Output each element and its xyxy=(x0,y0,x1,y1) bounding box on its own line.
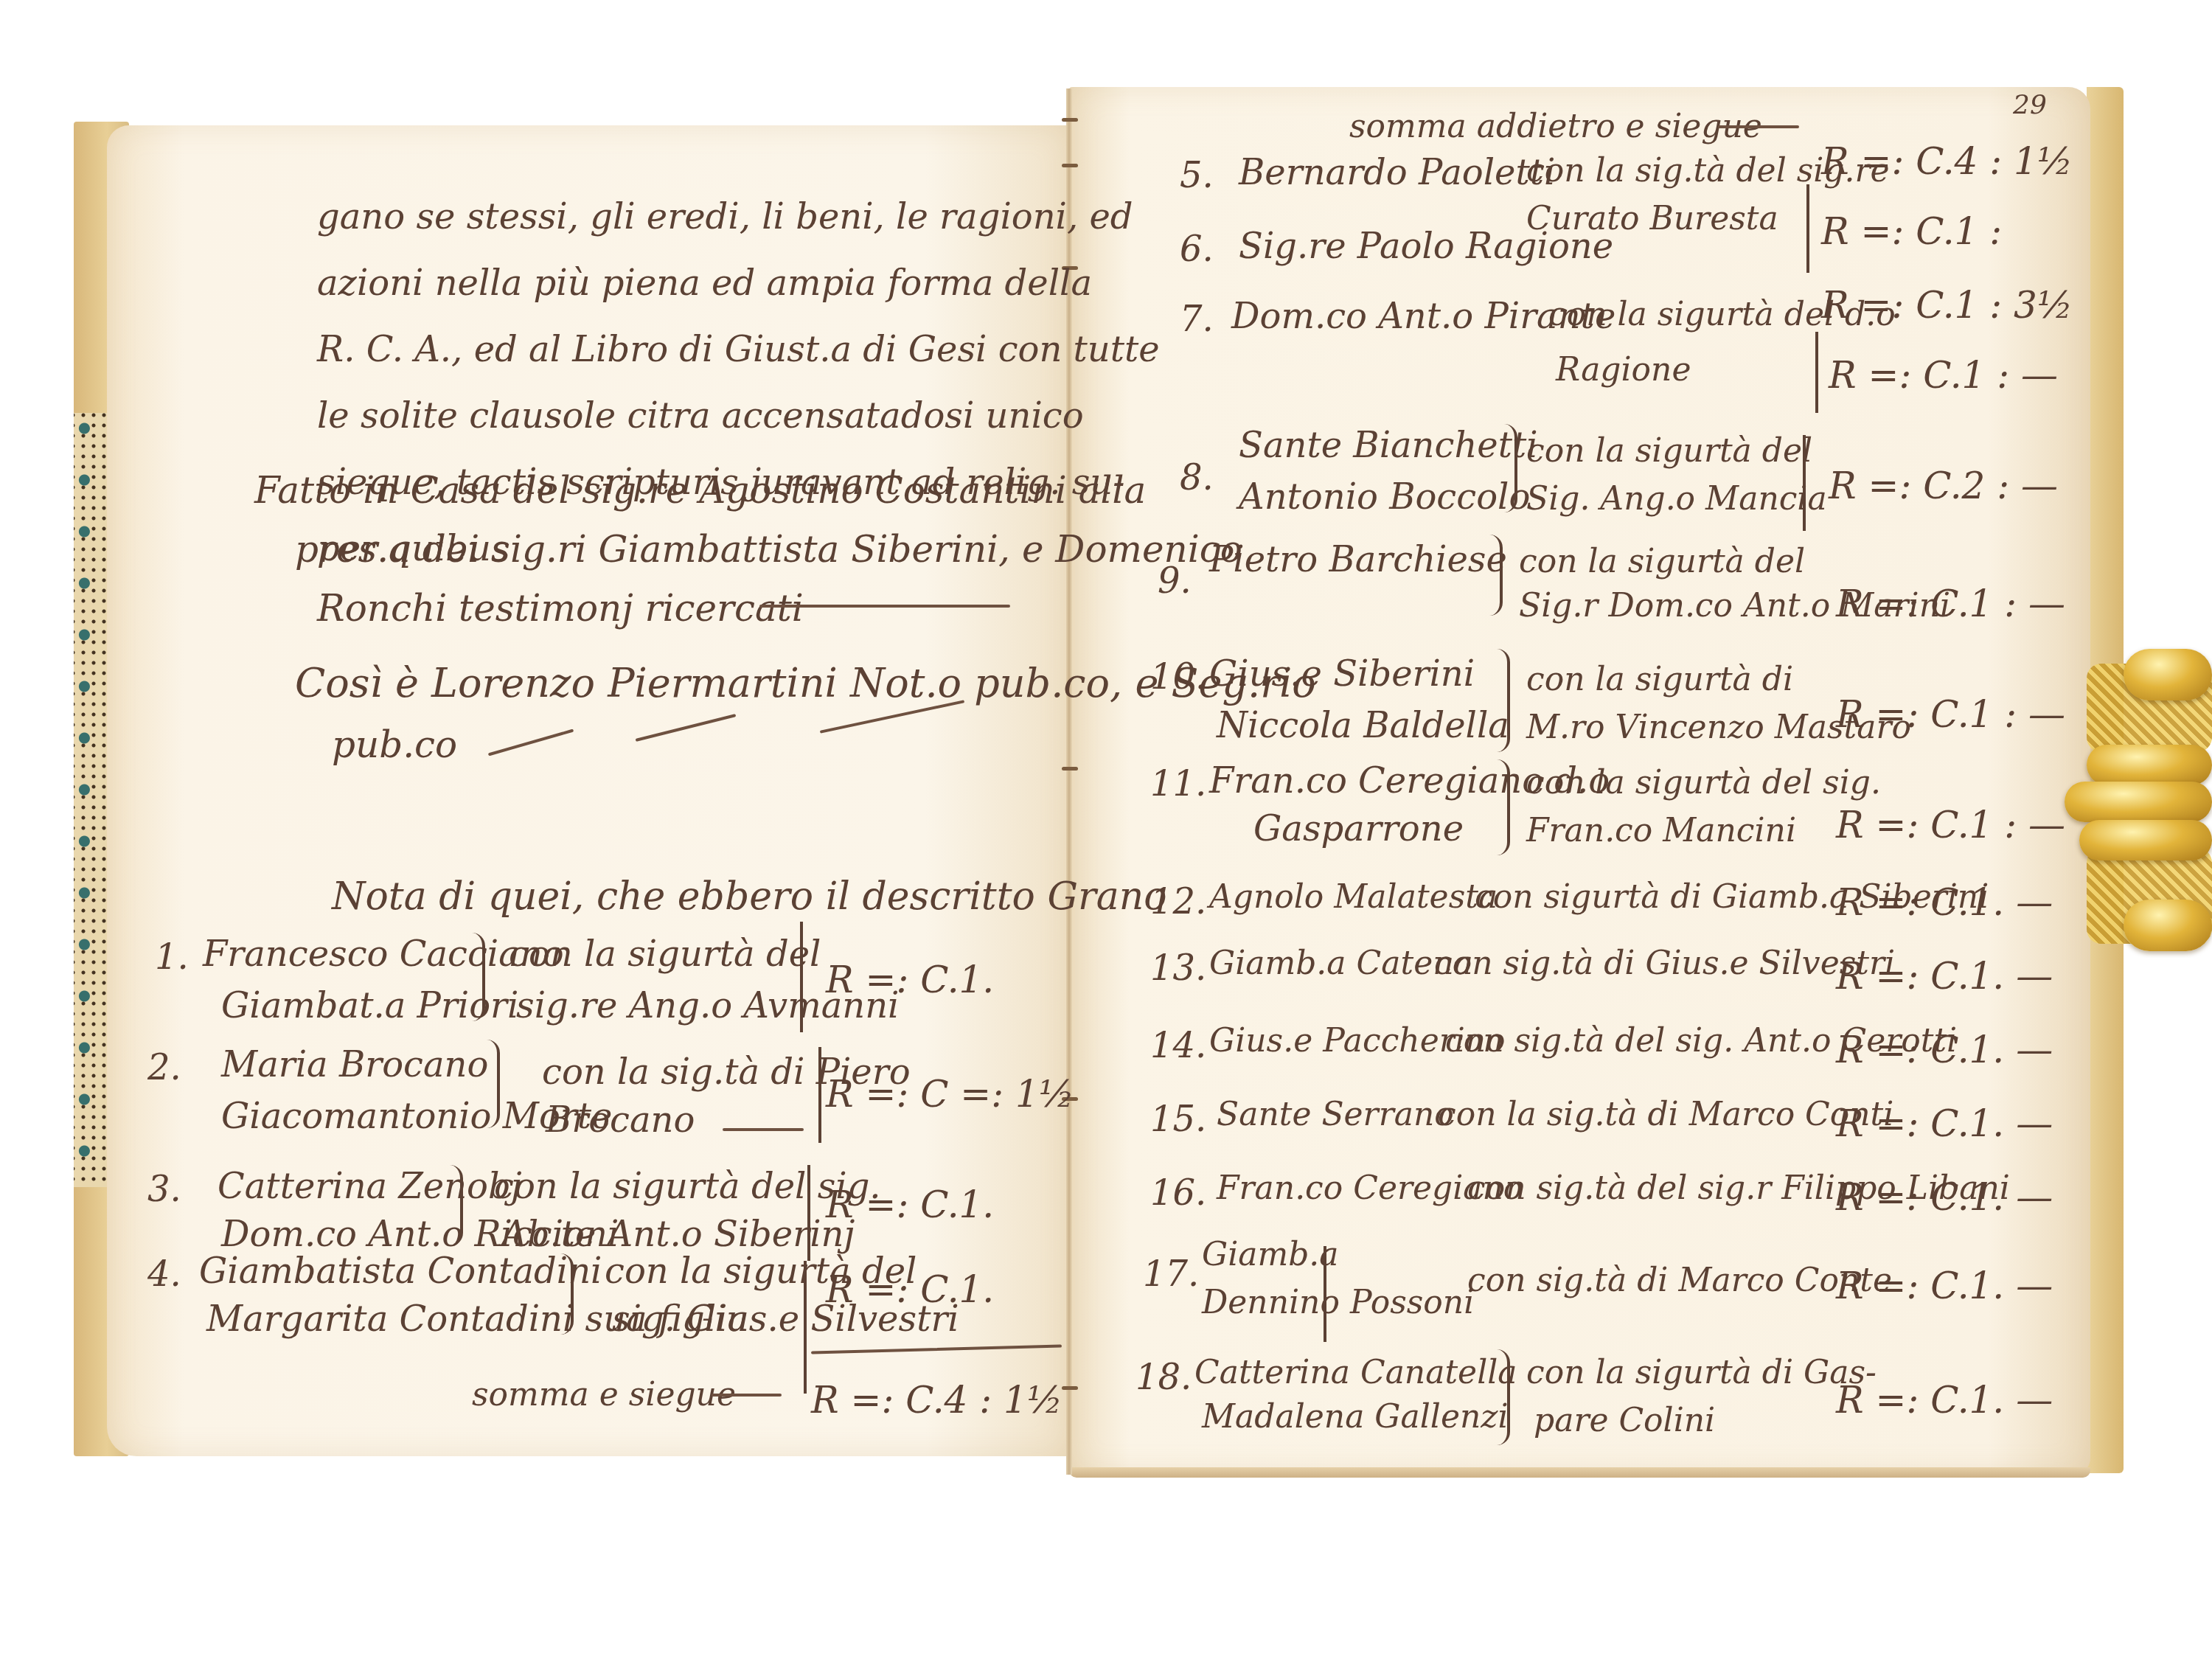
entry-surety: con sig.tà di Marco Conte xyxy=(1467,1265,1892,1297)
entry-name: Catterina Zenobj xyxy=(218,1169,522,1204)
list-heading: Nota di quei, che ebbero il descritto Gr… xyxy=(332,877,1167,916)
entry-amount: R =: C.1. — xyxy=(1836,955,2053,998)
rule-line xyxy=(712,1394,782,1397)
rule-line xyxy=(759,605,1010,608)
entry-number: 4. xyxy=(147,1253,181,1295)
entry-amount: R =: C.1 : — xyxy=(1836,582,2065,625)
gold-hand-clasp xyxy=(2057,649,2212,951)
signature-line: Ronchi testimonj ricercati xyxy=(317,590,804,627)
entry-name: Catterina Canatella xyxy=(1194,1357,1517,1389)
brace xyxy=(472,933,485,1021)
paragraph-line: R. C. A., ed al Libro di Giust.a di Gesi… xyxy=(317,332,1160,367)
entry-amount: R =: C.1. — xyxy=(1836,1029,2053,1071)
entry-surety: Sig. Ang.o Mancia xyxy=(1526,483,1827,515)
brace xyxy=(1497,1349,1510,1445)
column-divider xyxy=(1806,184,1809,273)
entry-surety: Brocano xyxy=(546,1102,695,1138)
column-divider xyxy=(804,1261,807,1394)
entry-amount: R =: C.1 : — xyxy=(1836,804,2065,846)
entry-surety: Ab.te Ant.o Siberinj xyxy=(501,1217,855,1252)
entry-name: Pietro Barchiese xyxy=(1209,542,1507,577)
entry-surety: con la sigurtà del sig. xyxy=(494,1169,881,1204)
entry-number: 10. xyxy=(1150,656,1206,698)
entry-name: Maria Brocano xyxy=(221,1047,488,1082)
column-divider xyxy=(1803,435,1806,531)
brace xyxy=(1497,759,1510,855)
entry-name: Antonio Boccolo xyxy=(1239,479,1530,515)
total-amount: R =: C.4 : 1½ xyxy=(811,1379,1062,1422)
binding-stitch xyxy=(1062,1386,1078,1390)
entry-amount: R =: C.1. xyxy=(826,959,994,1001)
entry-amount: R =: C.1 : — xyxy=(1829,354,2058,397)
entry-number: 17. xyxy=(1143,1253,1199,1295)
entry-amount: R =: C =: 1½ xyxy=(826,1073,1074,1116)
column-divider xyxy=(818,1047,821,1143)
clasp-top-curl xyxy=(2124,649,2212,700)
rule-line xyxy=(1718,125,1799,128)
entry-amount: R =: C.1. — xyxy=(1836,1379,2053,1422)
entry-number: 2. xyxy=(147,1047,181,1088)
entry-name: Giamb.a xyxy=(1202,1239,1339,1271)
brace xyxy=(450,1165,463,1246)
entry-amount: R =: C.1 : 3½ xyxy=(1821,284,2073,327)
entry-number: 1. xyxy=(155,936,189,978)
entry-number: 11. xyxy=(1150,763,1206,804)
clasp-finger xyxy=(2087,745,2212,785)
entry-amount: R =: C.1. — xyxy=(1836,1265,2053,1307)
entry-surety: con la sigurtà di Gas- xyxy=(1526,1357,1877,1389)
entry-number: 14. xyxy=(1150,1025,1206,1066)
entry-name: Gius.e Siberini xyxy=(1209,656,1475,692)
marbled-paper-cover-pattern xyxy=(74,413,109,1187)
clasp-finger xyxy=(2079,820,2212,860)
entry-name: Niccola Baldella xyxy=(1217,708,1509,743)
entry-number: 13. xyxy=(1150,947,1206,989)
entry-surety: Ragione xyxy=(1556,354,1691,386)
brace xyxy=(1504,424,1517,512)
page-block-edge xyxy=(1069,1467,2090,1478)
entry-name: Sante Serrano xyxy=(1217,1099,1454,1131)
entry-amount: R =: C.1. xyxy=(826,1268,994,1311)
binding-stitch xyxy=(1062,118,1078,122)
paragraph-line: gano se stessi, gli eredi, li beni, le r… xyxy=(317,199,1133,234)
column-divider xyxy=(1324,1246,1326,1342)
entry-amount: R =: C.1. xyxy=(826,1183,994,1226)
brace xyxy=(487,1040,500,1128)
entry-surety: con la sigurtà del xyxy=(1519,546,1805,578)
entry-name: Sig.re Paolo Ragione xyxy=(1239,229,1613,264)
entry-surety: con sig.tà di Gius.e Silvestri xyxy=(1434,947,1895,980)
entry-number: 12. xyxy=(1150,881,1206,922)
brace xyxy=(560,1253,574,1335)
entry-surety: con la sigurtà di xyxy=(1526,664,1793,696)
signature-line: pres.a dei sig.ri Giambattista Siberini,… xyxy=(295,531,1242,568)
entry-number: 9. xyxy=(1158,560,1192,602)
notary-line: pub.co xyxy=(332,726,457,763)
brace xyxy=(1489,535,1503,616)
entry-amount: R =: C.1. — xyxy=(1836,1176,2053,1219)
carried-forward-label: somma addietro e siegue xyxy=(1349,111,1762,143)
column-divider xyxy=(800,922,803,1032)
entry-name: Dennino Possoni xyxy=(1202,1287,1474,1319)
entry-amount: R =: C.1. — xyxy=(1836,881,2053,924)
paragraph-line: le solite clausole citra accensatadosi u… xyxy=(317,398,1084,434)
entry-amount: R =: C.4 : 1½ xyxy=(1821,140,2073,183)
entry-name: Bernardo Paoletti xyxy=(1239,155,1555,190)
column-divider xyxy=(807,1165,810,1261)
entry-number: 6. xyxy=(1180,229,1214,270)
clasp-finger xyxy=(2065,782,2212,822)
entry-surety: Fran.co Mancini xyxy=(1526,815,1796,847)
clasp-bottom-curl xyxy=(2124,900,2212,951)
paragraph-line: azioni nella più piena ed ampia forma de… xyxy=(317,265,1092,301)
entry-name: Giambatista Contadini xyxy=(199,1253,602,1289)
column-divider xyxy=(1815,332,1818,413)
entry-surety: con la sig.tà di Marco Conti xyxy=(1438,1099,1893,1131)
entry-number: 16. xyxy=(1150,1172,1206,1214)
entry-amount: R =: C.2 : — xyxy=(1829,465,2058,507)
binding-stitch xyxy=(1062,767,1078,771)
entry-name: Gasparrone xyxy=(1253,811,1464,846)
brace xyxy=(1497,649,1510,752)
entry-number: 5. xyxy=(1180,155,1214,196)
entry-number: 7. xyxy=(1180,299,1214,340)
total-label: somma e siegue xyxy=(472,1379,736,1411)
entry-number: 18. xyxy=(1135,1357,1192,1398)
entry-surety: con la sigurtà del xyxy=(509,936,821,972)
entry-surety: pare Colini xyxy=(1534,1405,1715,1437)
entry-amount: R =: C.1 : xyxy=(1821,210,2002,253)
entry-surety: con la sigurtà del sig. xyxy=(1526,767,1881,799)
entry-number: 8. xyxy=(1180,457,1214,498)
entry-surety: con la sigurtà del xyxy=(1526,435,1812,467)
entry-name: Madalena Gallenzi xyxy=(1202,1401,1509,1433)
entry-number: 3. xyxy=(147,1169,181,1210)
entry-name: Sante Bianchetti xyxy=(1239,428,1538,463)
rule-line xyxy=(723,1128,804,1131)
entry-number: 15. xyxy=(1150,1099,1206,1140)
carried-superscript: 29 xyxy=(2013,92,2047,119)
entry-name: Agnolo Malatesta xyxy=(1209,881,1498,914)
signature-line: Fatto in Casa del sig.re Agostino Costan… xyxy=(254,472,1146,509)
entry-amount: R =: C.1 : — xyxy=(1836,693,2065,736)
entry-amount: R =: C.1. — xyxy=(1836,1102,2053,1145)
binding-stitch xyxy=(1062,164,1078,167)
